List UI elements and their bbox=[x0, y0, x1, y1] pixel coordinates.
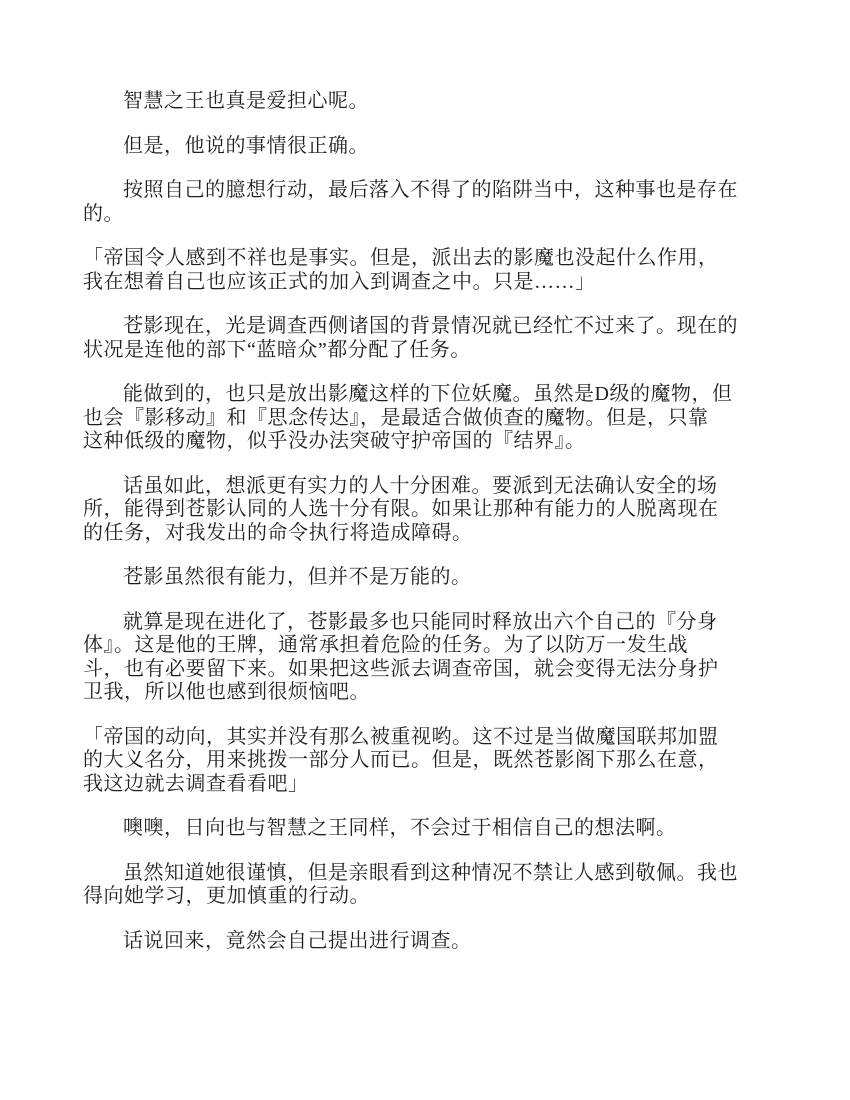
text-line: 的大义名分，用来挑拨一部分人而已。但是，既然苍影阁下那么在意， bbox=[83, 749, 767, 773]
text-line: 话虽如此，想派更有实力的人十分困难。要派到无法确认安全的场 bbox=[83, 475, 767, 499]
text-line: 噢噢，日向也与智慧之王同样，不会过于相信自己的想法啊。 bbox=[83, 817, 767, 841]
text-line: 但是，他说的事情很正确。 bbox=[83, 135, 767, 159]
text-line: 按照自己的臆想行动，最后落入不得了的陷阱当中，这种事也是存在 bbox=[83, 179, 767, 203]
narration-paragraph: 但是，他说的事情很正确。 bbox=[83, 135, 767, 159]
narration-paragraph: 话虽如此，想派更有实力的人十分困难。要派到无法确认安全的场所，能得到苍影认同的人… bbox=[83, 475, 767, 546]
text-line: 「帝国的动向，其实并没有那么被重视哟。这不过是当做魔国联邦加盟 bbox=[83, 726, 767, 750]
text-line: 苍影现在，光是调查西侧诸国的背景情况就已经忙不过来了。现在的 bbox=[83, 315, 767, 339]
dialogue-paragraph: 「帝国的动向，其实并没有那么被重视哟。这不过是当做魔国联邦加盟的大义名分，用来挑… bbox=[83, 726, 767, 797]
text-line: 所，能得到苍影认同的人选十分有限。如果让那种有能力的人脱离现在 bbox=[83, 498, 767, 522]
narration-paragraph: 虽然知道她很谨慎，但是亲眼看到这种情况不禁让人感到敬佩。我也得向她学习，更加慎重… bbox=[83, 862, 767, 909]
text-line: 的。 bbox=[83, 203, 767, 227]
narration-paragraph: 话说回来，竟然会自己提出进行调查。 bbox=[83, 930, 767, 954]
text-line: 卫我，所以他也感到很烦恼吧。 bbox=[83, 681, 767, 705]
text-line: 虽然知道她很谨慎，但是亲眼看到这种情况不禁让人感到敬佩。我也 bbox=[83, 862, 767, 886]
text-line: 体』。这是他的王牌，通常承担着危险的任务。为了以防万一发生战 bbox=[83, 634, 767, 658]
text-line: 智慧之王也真是爱担心呢。 bbox=[83, 90, 767, 114]
text-line: 我这边就去调查看看吧」 bbox=[83, 773, 767, 797]
text-line: 的任务，对我发出的命令执行将造成障碍。 bbox=[83, 522, 767, 546]
narration-paragraph: 噢噢，日向也与智慧之王同样，不会过于相信自己的想法啊。 bbox=[83, 817, 767, 841]
text-line: 斗，也有必要留下来。如果把这些派去调查帝国，就会变得无法分身护 bbox=[83, 658, 767, 682]
narration-paragraph: 按照自己的臆想行动，最后落入不得了的陷阱当中，这种事也是存在的。 bbox=[83, 179, 767, 226]
text-line: 我在想着自己也应该正式的加入到调查之中。只是……」 bbox=[83, 271, 767, 295]
text-line: 也会『影移动』和『思念传达』，是最适合做侦查的魔物。但是，只靠 bbox=[83, 407, 767, 431]
text-line: 状况是连他的部下“蓝暗众”都分配了任务。 bbox=[83, 339, 767, 363]
text-column: 智慧之王也真是爱担心呢。但是，他说的事情很正确。按照自己的臆想行动，最后落入不得… bbox=[83, 90, 767, 953]
dialogue-paragraph: 「帝国令人感到不祥也是事实。但是，派出去的影魔也没起什么作用，我在想着自己也应该… bbox=[83, 247, 767, 294]
narration-paragraph: 就算是现在进化了，苍影最多也只能同时释放出六个自己的『分身体』。这是他的王牌，通… bbox=[83, 611, 767, 705]
text-line: 话说回来，竟然会自己提出进行调查。 bbox=[83, 930, 767, 954]
narration-paragraph: 能做到的，也只是放出影魔这样的下位妖魔。虽然是D级的魔物，但也会『影移动』和『思… bbox=[83, 383, 767, 454]
text-line: 就算是现在进化了，苍影最多也只能同时释放出六个自己的『分身 bbox=[83, 611, 767, 635]
text-line: 「帝国令人感到不祥也是事实。但是，派出去的影魔也没起什么作用， bbox=[83, 247, 767, 271]
narration-paragraph: 智慧之王也真是爱担心呢。 bbox=[83, 90, 767, 114]
text-line: 能做到的，也只是放出影魔这样的下位妖魔。虽然是D级的魔物，但 bbox=[83, 383, 767, 407]
text-line: 苍影虽然很有能力，但并不是万能的。 bbox=[83, 566, 767, 590]
text-line: 这种低级的魔物，似乎没办法突破守护帝国的『结界』。 bbox=[83, 430, 767, 454]
narration-paragraph: 苍影虽然很有能力，但并不是万能的。 bbox=[83, 566, 767, 590]
novel-page: 智慧之王也真是爱担心呢。但是，他说的事情很正确。按照自己的臆想行动，最后落入不得… bbox=[0, 0, 850, 1100]
narration-paragraph: 苍影现在，光是调查西侧诸国的背景情况就已经忙不过来了。现在的状况是连他的部下“蓝… bbox=[83, 315, 767, 362]
text-line: 得向她学习，更加慎重的行动。 bbox=[83, 885, 767, 909]
